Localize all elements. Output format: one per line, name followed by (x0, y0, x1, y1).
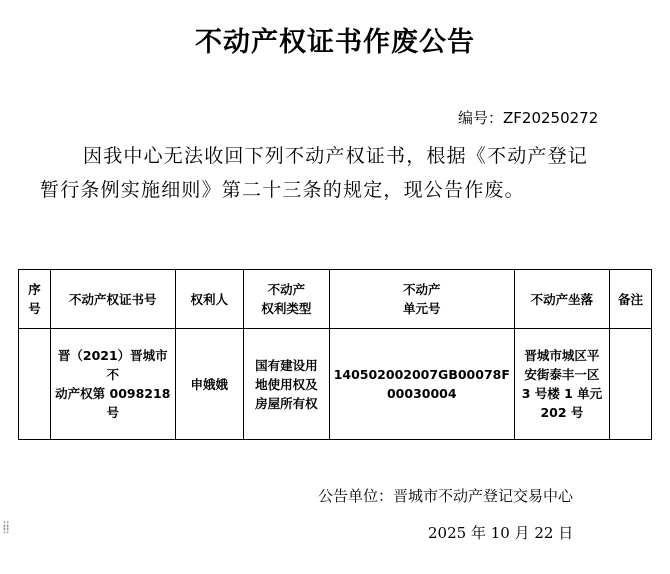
cell-location-line-3: 3 号楼 1 单元 (519, 384, 605, 403)
certificate-table: 序 号 不动产权证书号 权利人 不动产 权利类型 不动产 单元号 不动产坐落 备… (18, 269, 652, 440)
header-unit-no-line-1: 不动产 (334, 280, 510, 299)
cell-location-line-2: 安街泰丰一区 (519, 365, 605, 384)
page-title: 不动产权证书作废公告 (0, 20, 670, 59)
cell-right-type-line-1: 国有建设用 (248, 356, 325, 375)
announcement-date: 2025 年 10 月 22 日 (428, 522, 573, 543)
cell-remark (609, 329, 651, 440)
cell-location: 晋城市城区平 安街泰丰一区 3 号楼 1 单元 202 号 (514, 329, 609, 440)
cell-right-type-line-2: 地使用权及 (248, 375, 325, 394)
header-right-type: 不动产 权利类型 (243, 270, 329, 329)
cell-unit-no-line-1: 140502002007GB00078F (334, 365, 510, 384)
header-location: 不动产坐落 (514, 270, 609, 329)
cell-unit-no-line-2: 00030004 (334, 384, 510, 403)
paragraph-line-2: 暂行条例实施细则》第二十三条的规定，现公告作废。 (40, 173, 640, 207)
cell-cert-no-line-1: 晋（2021）晋城市不 (55, 346, 171, 384)
cell-cert-no-line-2: 动产权第 0098218 号 (55, 384, 171, 422)
header-seq-line-1: 序 (23, 280, 46, 299)
cell-seq (19, 329, 51, 440)
header-owner: 权利人 (175, 270, 243, 329)
cell-right-type: 国有建设用 地使用权及 房屋所有权 (243, 329, 329, 440)
cell-owner: 申娥娥 (175, 329, 243, 440)
cell-location-line-4: 202 号 (519, 403, 605, 422)
paragraph-line-1: 因我中心无法收回下列不动产权证书，根据《不动产登记 (40, 139, 640, 173)
announcement-paragraph: 因我中心无法收回下列不动产权证书，根据《不动产登记 暂行条例实施细则》第二十三条… (40, 139, 640, 207)
cell-right-type-line-3: 房屋所有权 (248, 394, 325, 413)
header-right-type-line-1: 不动产 (248, 280, 325, 299)
header-unit-no-line-2: 单元号 (334, 299, 510, 318)
table-header-row: 序 号 不动产权证书号 权利人 不动产 权利类型 不动产 单元号 不动产坐落 备… (19, 270, 652, 329)
drag-handle-icon[interactable]: ⠿⠿ (2, 525, 10, 539)
header-seq-line-2: 号 (23, 299, 46, 318)
document-number: 编号：ZF20250272 (458, 107, 598, 128)
header-right-type-line-2: 权利类型 (248, 299, 325, 318)
cell-unit-no: 140502002007GB00078F 00030004 (329, 329, 514, 440)
header-remark: 备注 (609, 270, 651, 329)
header-cert-no: 不动产权证书号 (50, 270, 175, 329)
header-unit-no: 不动产 单元号 (329, 270, 514, 329)
cell-cert-no: 晋（2021）晋城市不 动产权第 0098218 号 (50, 329, 175, 440)
table-row: 晋（2021）晋城市不 动产权第 0098218 号 申娥娥 国有建设用 地使用… (19, 329, 652, 440)
cell-location-line-1: 晋城市城区平 (519, 346, 605, 365)
header-seq: 序 号 (19, 270, 51, 329)
issuing-unit: 公告单位：晋城市不动产登记交易中心 (318, 485, 573, 506)
